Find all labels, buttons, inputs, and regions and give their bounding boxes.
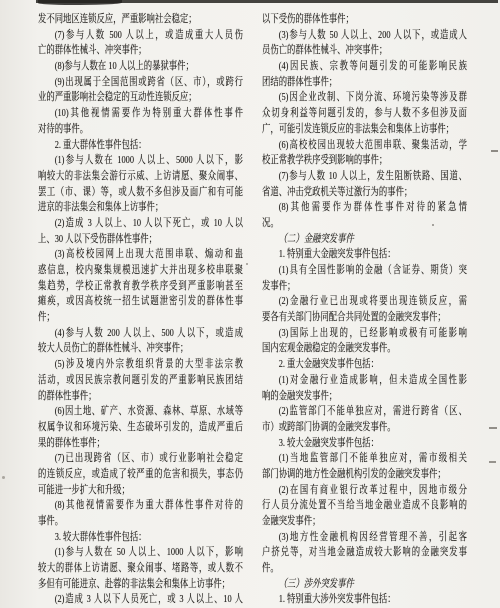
text-line: 较大人员伤亡的群体性械斗、冲突事件； xyxy=(38,341,243,357)
text-line: 1. 特别重大金融突发事件包括： xyxy=(262,247,467,263)
text-line: (2)金融行业已出现或将要出现连锁反应，需 xyxy=(262,294,467,310)
text-line: (2)造成 3 人以上、10 人以下死亡，或 10 人以 xyxy=(38,216,243,232)
text-line: (3)高校校园网上出现大范围串联、煽动和蛊 xyxy=(38,247,243,263)
text-line: 3. 较大群体性事件包括： xyxy=(38,530,243,546)
text-line: (1)当地监管部门不能单独应对，需市级相关 xyxy=(262,451,467,467)
text-line: 多但有可能进京、赴蓉的非法集会和集体上访事件； xyxy=(38,577,243,593)
text-line: (2)造成 3 人以下人员死亡，或 3 人以上、10 人 xyxy=(38,592,243,608)
text-line: 活动，或因民族宗教问题引发的严重影响民族团结 xyxy=(38,373,243,389)
text-line: 市）或跨部门协调的金融突发事件。 xyxy=(262,420,467,436)
text-line: 发不同地区连锁反应，严重影响社会稳定； xyxy=(38,12,243,28)
text-column-left: 发不同地区连锁反应，严重影响社会稳定；(7)参与人数 500 人以上，或造成重大… xyxy=(38,12,243,608)
text-line: 国内宏观金融稳定的金融突发事件。 xyxy=(262,341,467,357)
scan-speck xyxy=(2,476,5,479)
text-line: 惑信息，校内聚集规模迅速扩大并出现多校串联聚 xyxy=(38,263,243,279)
text-line: 员伤亡的群体性械斗、冲突事件； xyxy=(262,43,467,59)
text-line: 广，可能引发连锁反应的非法集会和集体上访事件； xyxy=(262,122,467,138)
scan-margin-mark xyxy=(489,461,496,463)
text-line: 3. 较大金融突发事件包括： xyxy=(262,436,467,452)
text-line: 件； xyxy=(38,310,243,326)
text-line: 对待的事件。 xyxy=(38,122,243,138)
scan-margin-mark xyxy=(489,427,497,429)
text-line: 的连锁反应，或造成了较严重的危害和损失，事态仍 xyxy=(38,467,243,483)
text-line: (5)因企业改制、下岗分流、环境污染等涉及群 xyxy=(262,90,467,106)
text-line: 瘫痪，或因高校统一招生试题泄密引发的群体性事 xyxy=(38,294,243,310)
text-line: 省道、冲击党政机关等过激行为的事件； xyxy=(262,185,467,201)
text-line: 金融突发事件； xyxy=(262,514,467,530)
text-line: 事件。 xyxy=(38,514,243,530)
text-line: (2)在国有商业银行改革过程中，因地市级分 xyxy=(262,483,467,499)
text-line: 响的金融突发事件； xyxy=(262,389,467,405)
text-line: 亡的群体性械斗、冲突事件； xyxy=(38,43,243,59)
text-line: (4)参与人数 200 人以上、500 人以下，或造成 xyxy=(38,326,243,342)
text-line: (1)对金融行业造成影响，但未造成全国性影 xyxy=(262,373,467,389)
text-column-right: 以下受伤的群体性事件；(3)参与人数 50 人以上、200 人以下，或造成人员伤… xyxy=(262,12,467,608)
text-line: 众切身利益等问题引发的，参与人数不多但涉及面 xyxy=(262,106,467,122)
text-line: 件。 xyxy=(262,561,467,577)
text-line: 校正常教学秩序受到影响的事件； xyxy=(262,153,467,169)
text-line: (9)出现属于全国范围或跨省（区、市），或跨行 xyxy=(38,75,243,91)
text-line: 发事件； xyxy=(262,279,467,295)
text-line: 的群体性事件； xyxy=(38,389,243,405)
text-line: 上、30 人以下受伤群体性事件； xyxy=(38,232,243,248)
text-line: 果的群体性事件； xyxy=(38,436,243,452)
text-line: （二）金融突发事件 xyxy=(262,232,467,248)
text-line: (8)其他视情需要作为重大群体性事件对待的 xyxy=(38,498,243,514)
text-line: (10)其他视情需要作为特别重大群体性事件 xyxy=(38,106,243,122)
text-line: (8)其他需要作为群体性事件对待的紧急情 xyxy=(262,200,467,216)
text-line: 要各有关部门协同配合共同处置的金融突发事件； xyxy=(262,310,467,326)
scan-margin-mark xyxy=(491,150,498,152)
text-line: （三）涉外突发事件 xyxy=(262,577,467,593)
text-line: 罢工（市、课）等，或人数不多但涉及面广和有可能 xyxy=(38,185,243,201)
text-line: 以下受伤的群体性事件； xyxy=(262,12,467,28)
scanned-page: 发不同地区连锁反应，严重影响社会稳定；(7)参与人数 500 人以上，或造成重大… xyxy=(0,0,500,608)
text-line: (5)涉及境内外宗教组织背景的大型非法宗教 xyxy=(38,357,243,373)
text-line: (7)参与人数 500 人以上，或造成重大人员伤 xyxy=(38,28,243,44)
text-line: 2. 重大群体性事件包括： xyxy=(38,138,243,154)
text-line: 户挤兑等，对当地金融造成较大影响的金融突发事 xyxy=(262,545,467,561)
text-line: 行人员分流处置不当给当地金融业造成不良影响的 xyxy=(262,498,467,514)
text-line: (2)监管部门不能单独应对，需进行跨省（区、 xyxy=(262,404,467,420)
text-line: 2. 重大金融突发事件包括： xyxy=(262,357,467,373)
text-line: 业的严重影响社会稳定的互动性连锁反应； xyxy=(38,90,243,106)
text-line: 团结的群体性事件； xyxy=(262,75,467,91)
text-line: (8)参与人数在 10 人以上的暴狱事件； xyxy=(38,59,243,75)
text-line: (1)参与人数在 1000 人以上、5000 人以下，影 xyxy=(38,153,243,169)
text-line: (3)地方性金融机构因经营管理不善，引起客 xyxy=(262,530,467,546)
text-line: 较大的群体上访请愿、聚众闹事、堵路等，或人数不 xyxy=(38,561,243,577)
text-line: (1)具有全国性影响的金融（含证券、期货）突 xyxy=(262,263,467,279)
scan-speck xyxy=(246,263,248,265)
text-line: (7)已出现跨省（区、市）或行业影响社会稳定 xyxy=(38,451,243,467)
text-line: (4)因民族、宗教等问题引发的可能影响民族 xyxy=(262,59,467,75)
text-line: 部门协调的地方性金融机构引发的金融突发事件； xyxy=(262,467,467,483)
text-line: 权属争议和环境污染、生态破坏引发的，造成严重后 xyxy=(38,420,243,436)
text-line: (6)高校校园出现较大范围串联、聚集活动，学 xyxy=(262,138,467,154)
text-line: (1)参与人数在 50 人以上、1000 人以下，影响 xyxy=(38,545,243,561)
text-line: 进京的非法集会和集体上访事件； xyxy=(38,200,243,216)
text-line: 集趋势，学校正常教育教学秩序受到严重影响甚至 xyxy=(38,279,243,295)
scan-edge-streak xyxy=(36,0,498,3)
text-line: (6)因土地、矿产、水资源、森林、草原、水域等 xyxy=(38,404,243,420)
text-line: 1. 特别重大涉外突发事件包括： xyxy=(262,592,467,608)
text-line: 响较大的非法集会游行示威、上访请愿、聚众闹事、 xyxy=(38,169,243,185)
scan-edge-streak-thick xyxy=(38,0,122,5)
text-line: (7)参与人数 10 人以上，发生阻断铁路、国道、 xyxy=(262,169,467,185)
text-line: 可能进一步扩大和升级； xyxy=(38,483,243,499)
text-line: 况。 xyxy=(262,216,467,232)
text-line: (3)国际上出现的，已经影响或极有可能影响 xyxy=(262,326,467,342)
text-line: (3)参与人数 50 人以上、200 人以下，或造成人 xyxy=(262,28,467,44)
